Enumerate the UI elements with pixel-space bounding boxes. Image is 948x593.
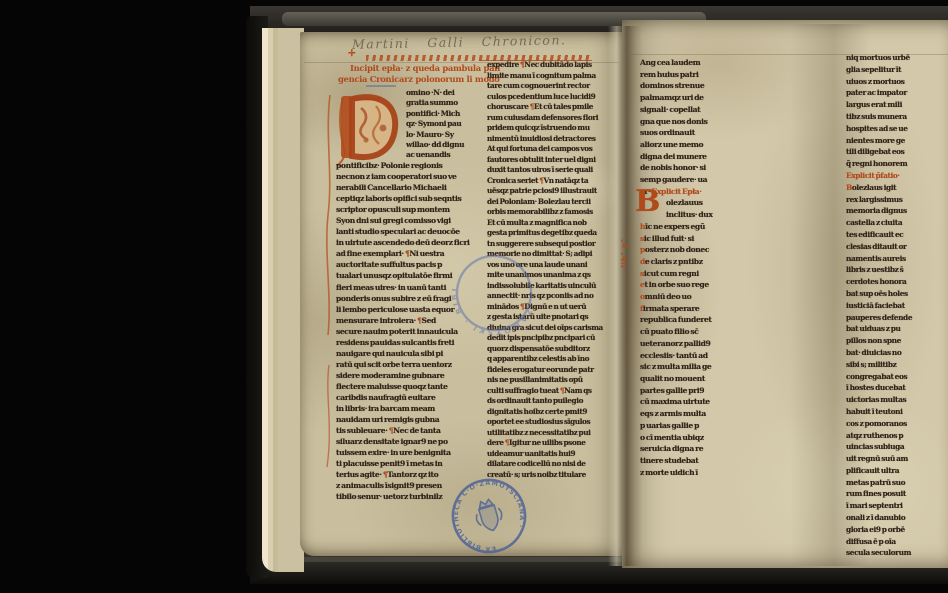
manuscript-text-line: q apparentibz celestis ab īno — [487, 354, 623, 365]
manuscript-text-line: indissolubile karitatis uinculū — [487, 281, 623, 292]
manuscript-text-line: z animaculis īsignit9 presen — [336, 480, 486, 491]
manuscript-text-line: ponderis onus subire z eū fragi — [336, 293, 486, 304]
manuscript-text-line: choruscare ¶Et cū tales pmile — [487, 102, 623, 113]
manuscript-text-line: At qui fortuna dei campos vos — [487, 144, 623, 155]
manuscript-text-line: namentis aureis — [846, 253, 948, 265]
manuscript-text-line: ī hostes ducebat — [846, 382, 948, 394]
manuscript-text-line: dilatare codicellū no nisi de — [487, 459, 623, 470]
red-margin-note: lib° p° — [620, 238, 628, 268]
manuscript-text-line: in uirtute ascendedo deū deorz ficri — [336, 237, 486, 248]
manuscript-text-line: posterz nob donec — [640, 244, 760, 256]
manuscript-text-line: libris z uestibz s̄ — [846, 264, 948, 276]
manuscript-text-line: de claris z pntibz — [640, 256, 760, 268]
manuscript-text-line: iusticiā faciebat — [846, 300, 948, 312]
manuscript-text-line: pontifici· Mich — [406, 109, 486, 119]
manuscript-text-line: ratū qui scit orbe terra uentorz — [336, 359, 486, 370]
manuscript-text-line: seruicia digna re — [640, 443, 760, 455]
page-edge-stack — [262, 28, 304, 572]
manuscript-text-line: q̃ regni honorem — [846, 158, 948, 170]
blue-underline-mark — [366, 85, 396, 87]
manuscript-text-line: in libris· ira barcam meam — [336, 403, 486, 414]
manuscript-text-line: z gesta istarū uite pnotari qs — [487, 312, 623, 323]
manuscript-text-line: sic z multa milia ge — [640, 361, 760, 373]
manuscript-text-line: z morte uidich ī — [640, 467, 760, 479]
manuscript-text-line: bat uiduas z pu — [846, 323, 948, 335]
manuscript-text-line: bat· diuicias no — [846, 347, 948, 359]
manuscript-text-line: gna que nos donis — [640, 116, 760, 128]
manuscript-text-line: rem huius patri — [640, 69, 760, 81]
manuscript-text-line: quorz dispensatōe subditorz — [487, 344, 623, 355]
manuscript-text-line: cos z pomoranos — [846, 418, 948, 430]
manuscript-text-line: Explicit p̃fatio· — [846, 170, 948, 182]
manuscript-text-line: habuit ī teutoni — [846, 406, 948, 418]
manuscript-text-line: ti placuisse penit9 ī metas in — [336, 458, 486, 469]
manuscript-text-line: ceptiqz laboris opifici sub seqntis — [336, 193, 486, 204]
manuscript-text-line: duxit tantos uiros ī serie quali — [487, 165, 623, 176]
manuscript-text-line: li lembo periculose uasta equor — [336, 304, 486, 315]
manuscript-text-line: secure nauim poterit innauicula — [336, 326, 486, 337]
manuscript-text-line: willao· dd dignu — [406, 140, 486, 150]
manuscript-text-line: o cī mentia ubiqz — [640, 432, 760, 444]
red-cross-mark: ✛ — [348, 49, 356, 59]
manuscript-text-line: aliorz une memo — [640, 139, 760, 151]
illuminated-initial-d — [336, 90, 402, 166]
manuscript-text-line: memorie no dimittat· S; adipi — [487, 249, 623, 260]
right-page-column2: niq mortuos urbēglia sepelitur ītuiuos z… — [846, 52, 948, 559]
manuscript-text-line: lo· Mauro· Sy — [406, 130, 486, 140]
manuscript-text-line: Et cū multa z magnifica nob — [487, 218, 623, 229]
manuscript-text-line: expedire ¶Nec dubitādo lapis — [487, 60, 623, 71]
manuscript-text-line: clesias ditauit or — [846, 241, 948, 253]
manuscript-text-line: nauidam uri remigis gubna — [336, 414, 486, 425]
manuscript-text-line: rum fines posuit — [846, 488, 948, 500]
manuscript-text-line: fieri meas uires· in uanū tanti — [336, 282, 486, 293]
manuscript-text-line: signali· copellat — [640, 104, 760, 116]
manuscript-text-line: limite manu ī cognitum palma — [487, 71, 623, 82]
right-page-column1: Ang cea laudemrem huius patridominos str… — [640, 57, 760, 478]
manuscript-text-line: creatū· s; uris noibz titulare — [487, 470, 623, 481]
manuscript-text-line: cū puato filio sc̄ — [640, 326, 760, 338]
manuscript-text-line: tare cum cognouerint rector — [487, 81, 623, 92]
manuscript-text-line: rum cuiusdam defensores flori — [487, 113, 623, 124]
manuscript-text-line: congregabat eos — [846, 371, 948, 383]
manuscript-text-line: Cronica seriet ¶Vn natāqz ta — [487, 176, 623, 187]
left-page-column2: expedire ¶Nec dubitādo lapislimite manu … — [487, 60, 623, 480]
manuscript-text-line: nauigare qui nauicula sibi pi — [336, 348, 486, 359]
manuscript-text-line: sibi s; militibz — [846, 359, 948, 371]
left-page-column1-opening: omino ·N· deigratia summopontifici· Mich… — [406, 88, 486, 161]
manuscript-text-line: pauperes defende — [846, 312, 948, 324]
manuscript-photo: Martini Galli Chronicon. ✛ Incipit epła·… — [0, 0, 948, 593]
manuscript-text-line: niq mortuos urbē — [846, 52, 948, 64]
manuscript-text-line: uit regnū suū am — [846, 453, 948, 465]
manuscript-text-line: partes gallie pri9 — [640, 385, 760, 397]
manuscript-text-line: dei Poloniam· Bolezlau tercii — [487, 197, 623, 208]
manuscript-text-line: nerabili Cancellario Michaeli — [336, 182, 486, 193]
red-margin-flourish — [322, 95, 336, 475]
manuscript-text-line: ī mari septentri — [846, 500, 948, 512]
manuscript-text-line: palmamqz uri de — [640, 92, 760, 104]
manuscript-text-line: metas patrū suo — [846, 477, 948, 489]
manuscript-text-line: culos pcedentium luce lucidi9 — [487, 92, 623, 103]
manuscript-text-line: uincias subiuga — [846, 441, 948, 453]
manuscript-text-line: tis subleuare· ¶Nec de tanta — [336, 425, 486, 436]
manuscript-text-line: ad fine exemplari· ¶Ni uestra — [336, 248, 486, 259]
manuscript-text-line: residens pauidas sulcantis freti — [336, 337, 486, 348]
manuscript-text-line: uictorias multas — [846, 394, 948, 406]
manuscript-text-line: onali z ī danubio — [846, 512, 948, 524]
manuscript-text-line: tuissem exire· in ure benignita — [336, 447, 486, 458]
manuscript-text-line: ecclesiis· tantū ad — [640, 350, 760, 362]
manuscript-text-line: tualari unusqz opitulatōe firmi — [336, 270, 486, 281]
manuscript-text-line: uēsqz patrie pciosi9 illustrauit — [487, 186, 623, 197]
manuscript-text-line: qualit no mouent — [640, 373, 760, 385]
manuscript-text-line: pridem quicqz īstruendo mu — [487, 123, 623, 134]
manuscript-text-line: terius agite· ¶Tantorz qz ito — [336, 469, 486, 480]
manuscript-text-line: Ang cea laudem — [640, 57, 760, 69]
manuscript-text-line: hospites ad se ue — [846, 123, 948, 135]
rubric-line: gencia Cronicarz polonorum li modo — [338, 74, 500, 84]
manuscript-text-line: gesta primitus degetibz queda — [487, 228, 623, 239]
manuscript-text-line: oportet ee studiosius sīgulos — [487, 417, 623, 428]
manuscript-text-line: glia sepelitur īt — [846, 64, 948, 76]
manuscript-text-line: vos uno ore una laude unani — [487, 260, 623, 271]
manuscript-text-line: cū maxima uirtute — [640, 396, 760, 408]
red-initial-b: B — [635, 188, 660, 216]
manuscript-text-line: castella z ciuita — [846, 217, 948, 229]
manuscript-text-line: caribdis naufragiū euitare — [336, 392, 486, 403]
manuscript-text-line: utilitatibz z necessitatibz pui — [487, 428, 623, 439]
manuscript-text-line: ueteranorz pallid9 — [640, 338, 760, 350]
manuscript-text-line: sic illud fuit· si — [640, 233, 760, 245]
manuscript-text-line: uideamur uanitatis hui9 — [487, 449, 623, 460]
manuscript-text-line: diuina gra sicut dei oīps carisma — [487, 323, 623, 334]
manuscript-text-line: firmata sperare — [640, 303, 760, 315]
manuscript-text-line: diffusa ē p oīa — [846, 536, 948, 548]
manuscript-text-line: dominos strenue — [640, 80, 760, 92]
manuscript-text-line: nientes more ge — [846, 135, 948, 147]
manuscript-text-line: tibilo senur· uetorz turbinilz — [336, 491, 486, 502]
manuscript-text-line: qz· Symoni pau — [406, 119, 486, 129]
manuscript-text-line: uiuos z mortuos — [846, 76, 948, 88]
manuscript-text-line: tn suggerere subsequi postior — [487, 239, 623, 250]
manuscript-text-line: mite unanimos unanima z qs — [487, 270, 623, 281]
manuscript-text-line: mensurare introiera· ¶Sed — [336, 315, 486, 326]
manuscript-text-line: republica funderet — [640, 314, 760, 326]
manuscript-text-line: dedit ipis pncipibz pncipari cū — [487, 333, 623, 344]
manuscript-text-line: pater ac impator — [846, 87, 948, 99]
manuscript-text-line: plificauit ultra — [846, 465, 948, 477]
manuscript-text-line: et in orbe suo rege — [640, 279, 760, 291]
manuscript-text-line: lanti studio speculari ac deuocōe — [336, 226, 486, 237]
manuscript-text-line: scriptor opusculi sup montem — [336, 204, 486, 215]
manuscript-text-line: ds ordinauit tanto puilegio — [487, 396, 623, 407]
manuscript-text-line: atqz ruthenos p — [846, 430, 948, 442]
manuscript-text-line: omino ·N· dei — [406, 88, 486, 98]
manuscript-text-line: Bolezlaus igit — [846, 182, 948, 194]
manuscript-text-line: memoria dignus — [846, 205, 948, 217]
manuscript-text-line: tes edificauit ec — [846, 229, 948, 241]
manuscript-text-line: pillos non spne — [846, 335, 948, 347]
manuscript-text-line: fautores obtulit inter uel digni — [487, 155, 623, 166]
manuscript-text-line: nimentū inuidiosi detractores — [487, 134, 623, 145]
manuscript-text-line: omniū deo uo — [640, 291, 760, 303]
manuscript-text-line: nis ne pusillanimitatis opū — [487, 375, 623, 386]
manuscript-text-line: rex largissimus — [846, 194, 948, 206]
manuscript-text-line: eqs z armis multa — [640, 408, 760, 420]
manuscript-text-line: siluarz densitate ignar9 ne po — [336, 436, 486, 447]
manuscript-text-line: dere ¶Igitur ne uilibs psone — [487, 438, 623, 449]
manuscript-text-line: hīc ne expers egũ — [640, 221, 760, 233]
manuscript-text-line: dignitatis hoibz certe pmit9 — [487, 407, 623, 418]
manuscript-text-line: tinere studebat — [640, 455, 760, 467]
manuscript-text-line: secula seculorum — [846, 547, 948, 559]
manuscript-text-line: culti suffragio tueat ¶Nam qs — [487, 386, 623, 397]
manuscript-text-line: orbis memorabilibz z famosis — [487, 207, 623, 218]
manuscript-text-line: p uarias gallie p — [640, 420, 760, 432]
manuscript-text-line: largus erat mili — [846, 99, 948, 111]
manuscript-text-line: suos ordinauit — [640, 127, 760, 139]
manuscript-text-line: digna dei munere — [640, 151, 760, 163]
left-page-column1: pontificibz· Polonie regionisnecnon z ia… — [336, 160, 486, 502]
manuscript-text-line: annectit· nris qz pconiis ad no — [487, 291, 623, 302]
rubric-line: Incipit epła· z queda pambula pan — [350, 63, 500, 73]
manuscript-text-line: gloria ei9 p orbē — [846, 524, 948, 536]
manuscript-text-line: cerdotes honora — [846, 276, 948, 288]
manuscript-text-line: gratia summo — [406, 98, 486, 108]
manuscript-text-line: de nobis honor· si — [640, 162, 760, 174]
manuscript-text-line: sidere moderamine gubnare — [336, 370, 486, 381]
manuscript-text-line: tibz suis munera — [846, 111, 948, 123]
manuscript-text-line: sicut cum regni — [640, 268, 760, 280]
manuscript-text-line: auctoritate suffultus pacis p — [336, 259, 486, 270]
manuscript-text-line: Syon dni sui gregi comisso vigi — [336, 215, 486, 226]
manuscript-text-line: flectere maluisse quoqz tante — [336, 381, 486, 392]
manuscript-text-line: pontificibz· Polonie regionis — [336, 160, 486, 171]
manuscript-text-line: tili diligebat eos — [846, 146, 948, 158]
manuscript-text-line: minādos ¶Dignū e n ut uerū — [487, 302, 623, 313]
manuscript-text-line: fideles erogatur eorunde patr — [487, 365, 623, 376]
manuscript-text-line: bat sup oēs holes — [846, 288, 948, 300]
manuscript-text-line: necnon z iam cooperatori suo ve — [336, 171, 486, 182]
